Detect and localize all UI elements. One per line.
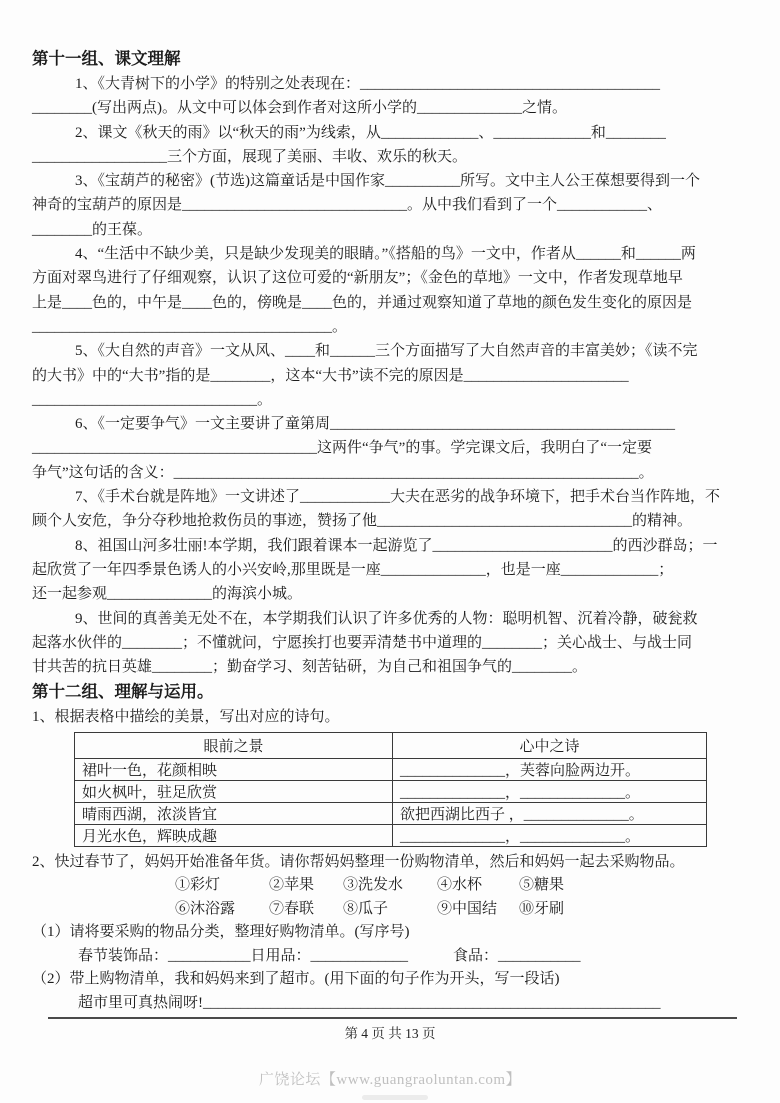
table-cell-poem: ______________，______________。 [393, 824, 707, 846]
page-number: 第 4 页 共 13 页 [0, 1022, 780, 1042]
shopping-item: ⑥沐浴露 [175, 898, 269, 922]
text-line: 神奇的宝葫芦的原因是______________________________… [32, 193, 748, 217]
text-line: 6、《一定要争气》一文主要讲了童第周______________________… [32, 412, 748, 436]
section12-heading: 第十二组、理解与运用。 [32, 679, 748, 705]
text-line: 4、“生活中不缺少美，只是缺少发现美的眼睛。”《搭船的鸟》一文中，作者从____… [32, 242, 748, 266]
shopping-item: ⑦春联 [269, 898, 343, 922]
text-line: 2、课文《秋天的雨》以“秋天的雨”为线索，从_____________、____… [32, 121, 748, 145]
text-line: __________________三个方面，展现了美丽、丰收、欢乐的秋天。 [32, 145, 748, 169]
shopping-item: ⑤糖果 [519, 874, 748, 898]
text-line: 1、《大青树下的小学》的特别之处表现在：____________________… [32, 72, 748, 96]
text-line: ______________________________________这两… [32, 436, 748, 460]
question2-intro: 2、快过春节了，妈妈开始准备年货。请你帮妈妈整理一份购物清单，然后和妈妈一起去采… [32, 850, 748, 874]
subquestion-2-opening: 超市里可真热闹呀!_______________________________… [32, 992, 748, 1016]
table-row: 晴雨西湖，浓淡皆宜 欲把西湖比西子 ，______________。 [75, 802, 707, 824]
table-cell-scene: 如火枫叶，驻足欣赏 [75, 780, 393, 802]
text-line: ________________________________________… [32, 315, 748, 339]
text-line: 5、《大自然的声音》一文从风、____和______三个方面描写了大自然声音的丰… [32, 339, 748, 363]
text-line: 9、世间的真善美无处不在，本学期我们认识了许多优秀的人物：聪明机智、沉着冷静，破… [32, 607, 748, 631]
table-cell-poem: ______________，______________。 [393, 780, 707, 802]
text-line: 还一起参观______________的海滨小城。 [32, 582, 748, 606]
text-line: 3、《宝葫芦的秘密》(节选)这篇童话是中国作家__________所写。文中主人… [32, 169, 748, 193]
table-cell-scene: 晴雨西湖，浓淡皆宜 [75, 802, 393, 824]
text-line: 甘共苦的抗日英雄________；勤奋学习、刻苦钻研，为自己和祖国争气的____… [32, 655, 748, 679]
shopping-item: ⑨中国结 [437, 898, 519, 922]
text-line: 方面对翠鸟进行了仔细观察，认识了这位可爱的“新朋友”；《金色的草地》一文中，作者… [32, 266, 748, 290]
table-row: 月光水色，辉映成趣 ______________，______________。 [75, 824, 707, 846]
text-line: ________的王葆。 [32, 218, 748, 242]
table-row: 裙叶一色，花颜相映 ______________，芙蓉向脸两边开。 [75, 758, 707, 780]
table-cell-scene: 月光水色，辉映成趣 [75, 824, 393, 846]
question1-intro: 1、根据表格中描绘的美景，写出对应的诗句。 [32, 705, 748, 729]
table-cell-poem: ______________，芙蓉向脸两边开。 [393, 758, 707, 780]
shopping-item: ②苹果 [269, 874, 343, 898]
text-line: 上是____色的，中午是____色的，傍晚是____色的，并通过观察知道了草地的… [32, 291, 748, 315]
subquestion-1: （1）请将要采购的物品分类，整理好购物清单。(写序号) [32, 921, 748, 945]
shopping-item: ③洗发水 [343, 874, 437, 898]
text-line: 7、《手术台就是阵地》一文讲述了____________大夫在恶劣的战争环境下，… [32, 485, 748, 509]
shopping-item: ①彩灯 [175, 874, 269, 898]
text-line: ________(写出两点)。从文中可以体会到作者对这所小学的_________… [32, 96, 748, 120]
subquestion-2: （2）带上购物清单，我和妈妈来到了超市。(用下面的句子作为开头，写一段话) [32, 968, 748, 992]
shopping-item: ④水杯 [437, 874, 519, 898]
shopping-item: ⑧瓜子 [343, 898, 437, 922]
text-line: 8、祖国山河多壮丽!本学期，我们跟着课本一起游览了_______________… [32, 534, 748, 558]
subquestion-1-blanks: 春节装饰品：___________日用品：_____________ 食品：__… [32, 945, 748, 969]
section11-heading: 第十一组、课文理解 [32, 46, 748, 72]
table-cell-poem: 欲把西湖比西子 ，______________。 [393, 802, 707, 824]
poem-table: 眼前之景 心中之诗 裙叶一色，花颜相映 ______________，芙蓉向脸两… [74, 732, 707, 847]
text-line: 争气”这句话的含义：______________________________… [32, 461, 748, 485]
watermark: 广饶论坛【www.guangraoluntan.com】 [0, 1068, 780, 1089]
text-line: 起欣赏了一年四季景色诱人的小兴安岭,那里既是一座______________，也… [32, 558, 748, 582]
worksheet-page: 第十一组、课文理解 1、《大青树下的小学》的特别之处表现在：__________… [0, 0, 780, 1103]
text-line: ______________________________。 [32, 388, 748, 412]
shopping-items: ①彩灯 ②苹果 ③洗发水 ④水杯 ⑤糖果 ⑥沐浴露 ⑦春联 ⑧瓜子 ⑨中国结 ⑩… [175, 874, 748, 921]
text-line: 的大书》中的“大书”指的是________，这本“大书”读不完的原因是_____… [32, 364, 748, 388]
table-cell-scene: 裙叶一色，花颜相映 [75, 758, 393, 780]
table-header-scene: 眼前之景 [75, 732, 393, 758]
shopping-item: ⑩牙刷 [519, 898, 748, 922]
table-row: 如火枫叶，驻足欣赏 ______________，______________。 [75, 780, 707, 802]
watermark-smudge [362, 1095, 428, 1100]
text-line: 顾个人安危，争分夺秒地抢救伤员的事迹，赞扬了他_________________… [32, 509, 748, 533]
text-line: 起落水伙伴的________；不懂就问，宁愿挨打也要弄清楚书中道理的______… [32, 631, 748, 655]
footer-divider [48, 1017, 737, 1019]
table-header-poem: 心中之诗 [393, 732, 707, 758]
